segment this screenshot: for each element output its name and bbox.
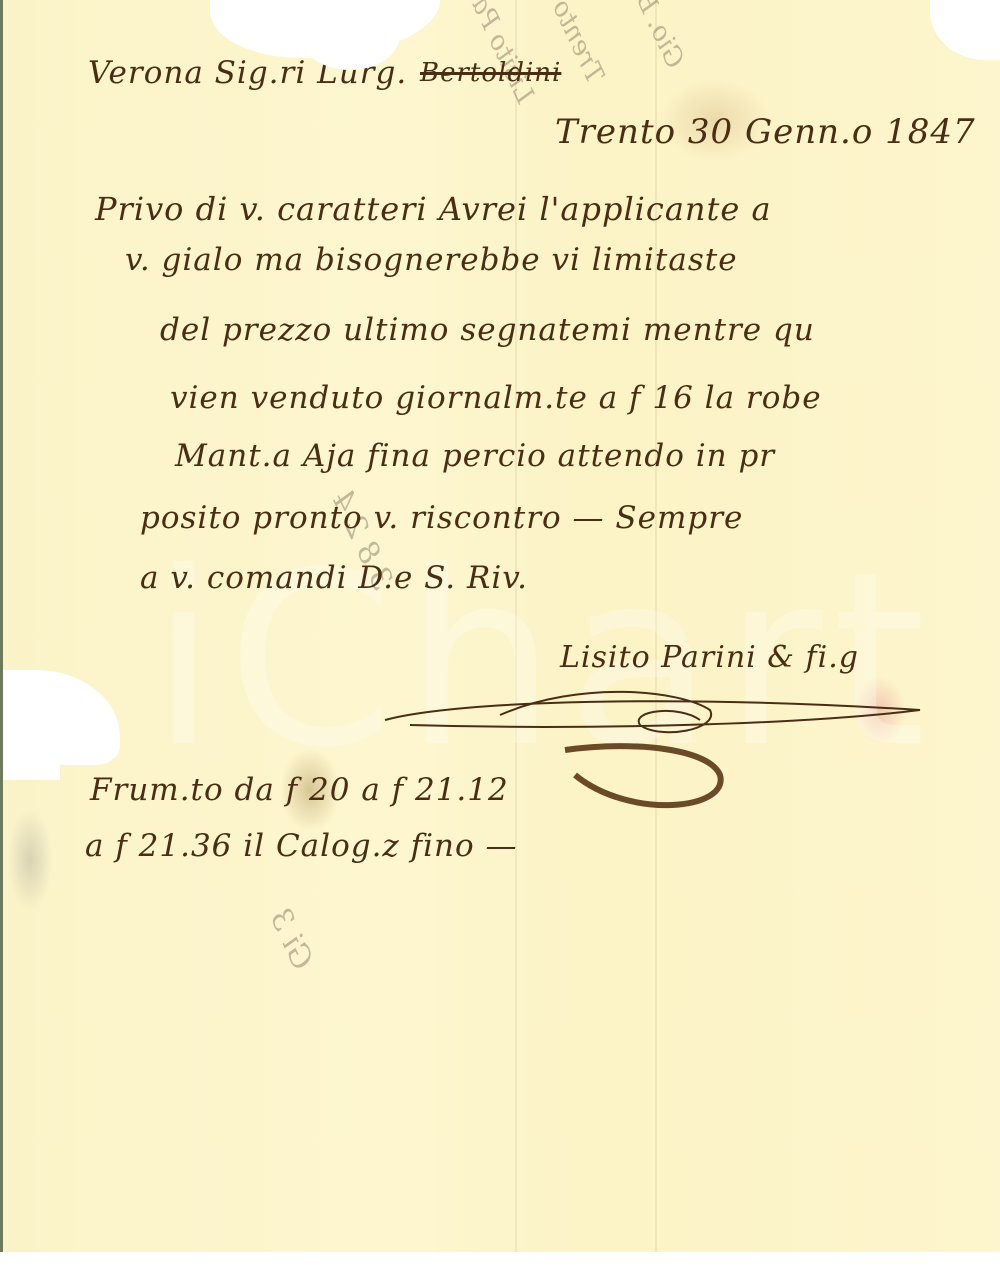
body-line: Privo di v. caratteri Avrei l'applicante…	[95, 190, 772, 228]
postscript-line: Frum.to da f 20 a f 21.12	[90, 772, 509, 808]
struck-name: Bertoldini	[420, 58, 561, 88]
scan-margin	[0, 1252, 1000, 1273]
scan-edge	[0, 0, 3, 1252]
letter-paper: iChart Gio. Bertoldini Trento 1847 Lisit…	[0, 0, 1000, 1252]
torn-edge	[300, 0, 400, 70]
body-line: v. gialo ma bisognerebbe vi limitaste	[125, 242, 738, 278]
bleed-through-text: Lisito Parini	[446, 0, 540, 108]
torn-edge	[0, 700, 60, 780]
torn-edge	[930, 0, 1000, 60]
body-line: vien venduto giornalm.te a f 16 la robe	[170, 380, 822, 416]
place-date: Trento 30 Genn.o 1847	[555, 112, 976, 152]
postscript-line: a f 21.36 il Calog.z fino —	[85, 828, 517, 864]
body-line: posito pronto v. riscontro — Sempre	[140, 500, 743, 536]
body-line: del prezzo ultimo segnatemi mentre qu	[160, 312, 815, 348]
body-line: Mant.a Aja fina percio attendo in pr	[175, 438, 775, 474]
body-line: a v. comandi D.e S. Riv.	[140, 560, 528, 596]
bleed-through-text: Gi 3	[262, 904, 320, 975]
